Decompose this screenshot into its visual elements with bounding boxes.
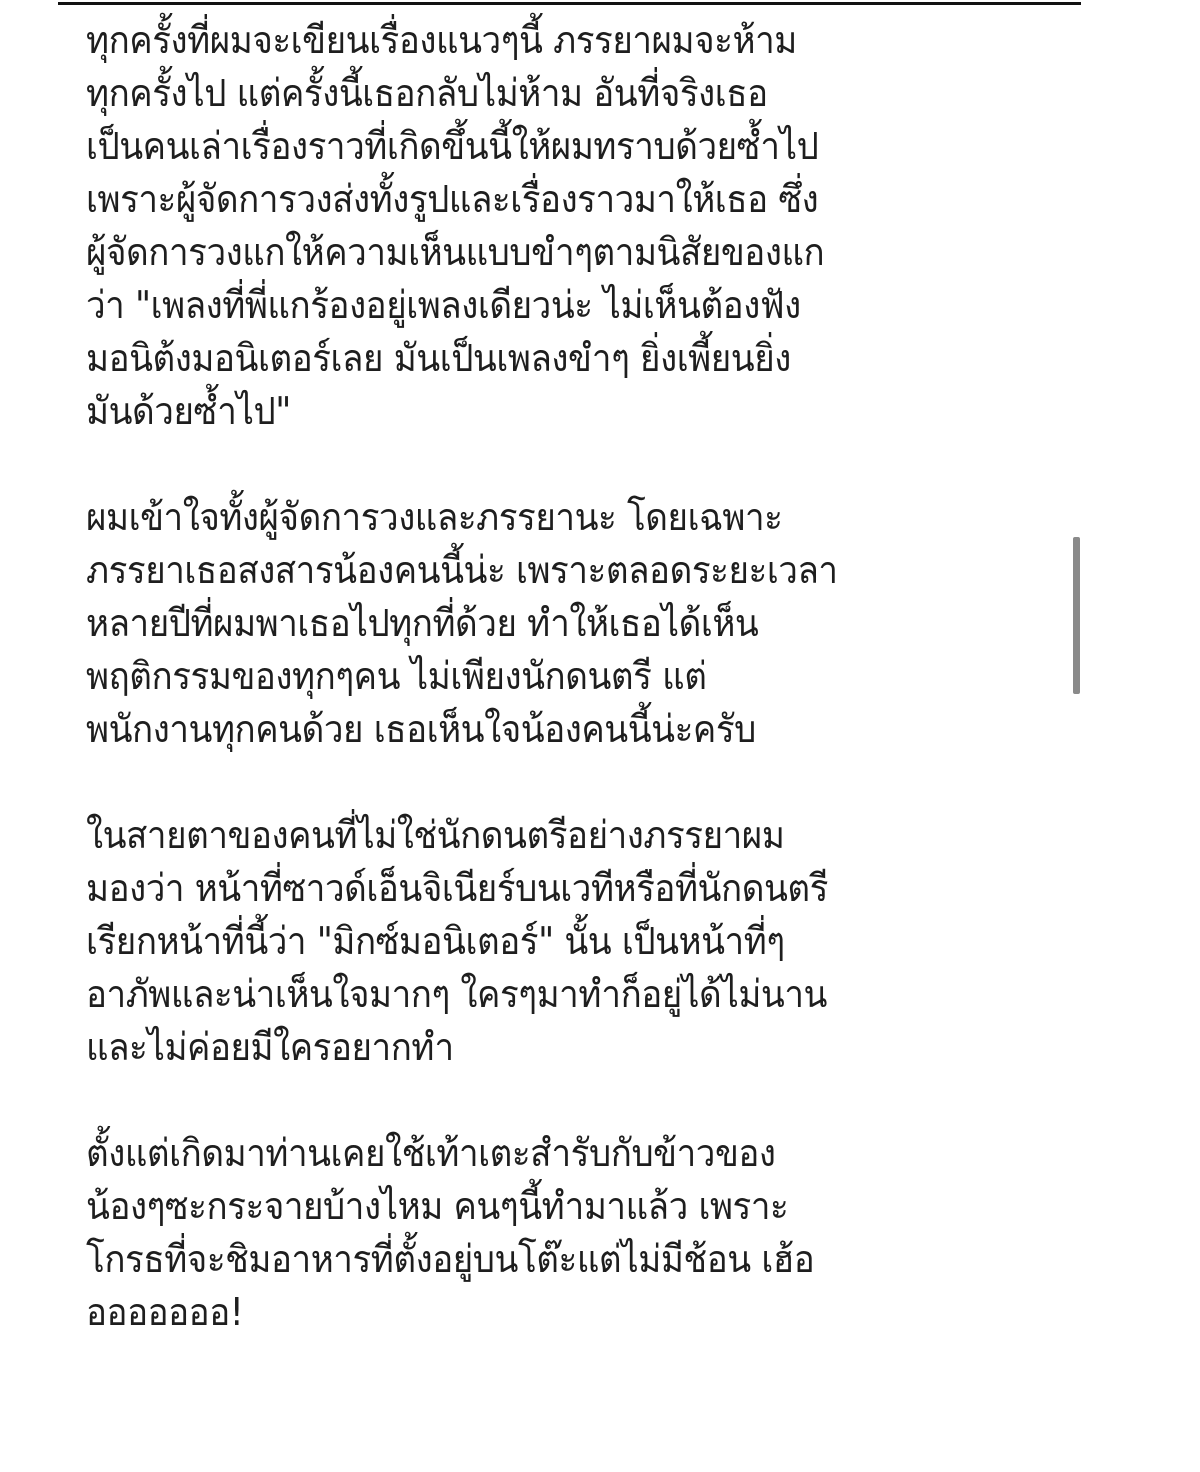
- text-line: เพราะผู้จัดการวงส่งทั้งรูปและเรื่องราวมา…: [86, 173, 997, 226]
- paragraph-2: ผมเข้าใจทั้งผู้จัดการวงและภรรยานะ โดยเฉพ…: [86, 491, 1076, 756]
- top-divider: [58, 2, 1081, 5]
- text-line: เป็นคนเล่าเรื่องราวที่เกิดขึ้นนี้ให้ผมทร…: [86, 120, 997, 173]
- text-line: ตั้งแต่เกิดมาท่านเคยใช้เท้าเตะสำรับกับข้…: [86, 1127, 997, 1180]
- text-line: หลายปีที่ผมพาเธอไปทุกที่ด้วย ทำให้เธอได้…: [86, 597, 997, 650]
- text-line: ว่า "เพลงที่พี่แกร้องอยู่เพลงเดียวน่ะ ไม…: [86, 279, 997, 332]
- text-line: มองว่า หน้าที่ซาวด์เอ็นจิเนียร์บนเวทีหรื…: [86, 862, 997, 915]
- text-line: ภรรยาเธอสงสารน้องคนนี้น่ะ เพราะตลอดระยะเ…: [86, 544, 997, 597]
- text-line: ผมเข้าใจทั้งผู้จัดการวงและภรรยานะ โดยเฉพ…: [86, 491, 997, 544]
- text-line: พนักงานทุกคนด้วย เธอเห็นใจน้องคนนี้น่ะคร…: [86, 703, 997, 756]
- paragraph-4: ตั้งแต่เกิดมาท่านเคยใช้เท้าเตะสำรับกับข้…: [86, 1127, 1076, 1339]
- text-line: โกรธที่จะชิมอาหารที่ตั้งอยู่บนโต๊ะแต่ไม่…: [86, 1233, 997, 1286]
- text-line: น้องๆซะกระจายบ้างไหม คนๆนี้ทำมาแล้ว เพรา…: [86, 1180, 997, 1233]
- text-line: ทุกครั้งไป แต่ครั้งนี้เธอกลับไม่ห้าม อัน…: [86, 67, 997, 120]
- text-line: อออออออ!: [86, 1286, 997, 1339]
- text-line: พฤติกรรมของทุกๆคน ไม่เพียงนักดนตรี แต่: [86, 650, 997, 703]
- paragraph-3: ในสายตาของคนที่ไม่ใช่นักดนตรีอย่างภรรยาผ…: [86, 809, 1076, 1074]
- text-line: มอนิต้งมอนิเตอร์เลย มันเป็นเพลงขำๆ ยิ่งเ…: [86, 332, 997, 385]
- text-line: อาภัพและน่าเห็นใจมากๆ ใครๆมาทำก็อยู่ได้ไ…: [86, 968, 997, 1021]
- document-body: ทุกครั้งที่ผมจะเขียนเรื่องแนวๆนี้ ภรรยาผ…: [86, 14, 1076, 1392]
- vertical-scrollbar-thumb[interactable]: [1073, 537, 1080, 694]
- text-line: และไม่ค่อยมีใครอยากทำ: [86, 1021, 997, 1074]
- text-line: ผู้จัดการวงแกให้ความเห็นแบบขำๆตามนิสัยขอ…: [86, 226, 997, 279]
- text-line: เรียกหน้าที่นี้ว่า "มิกซ์มอนิเตอร์" นั้น…: [86, 915, 997, 968]
- text-line: ทุกครั้งที่ผมจะเขียนเรื่องแนวๆนี้ ภรรยาผ…: [86, 14, 997, 67]
- paragraph-1: ทุกครั้งที่ผมจะเขียนเรื่องแนวๆนี้ ภรรยาผ…: [86, 14, 1076, 438]
- text-line: มันด้วยซ้ำไป": [86, 385, 997, 438]
- text-line: ในสายตาของคนที่ไม่ใช่นักดนตรีอย่างภรรยาผ…: [86, 809, 997, 862]
